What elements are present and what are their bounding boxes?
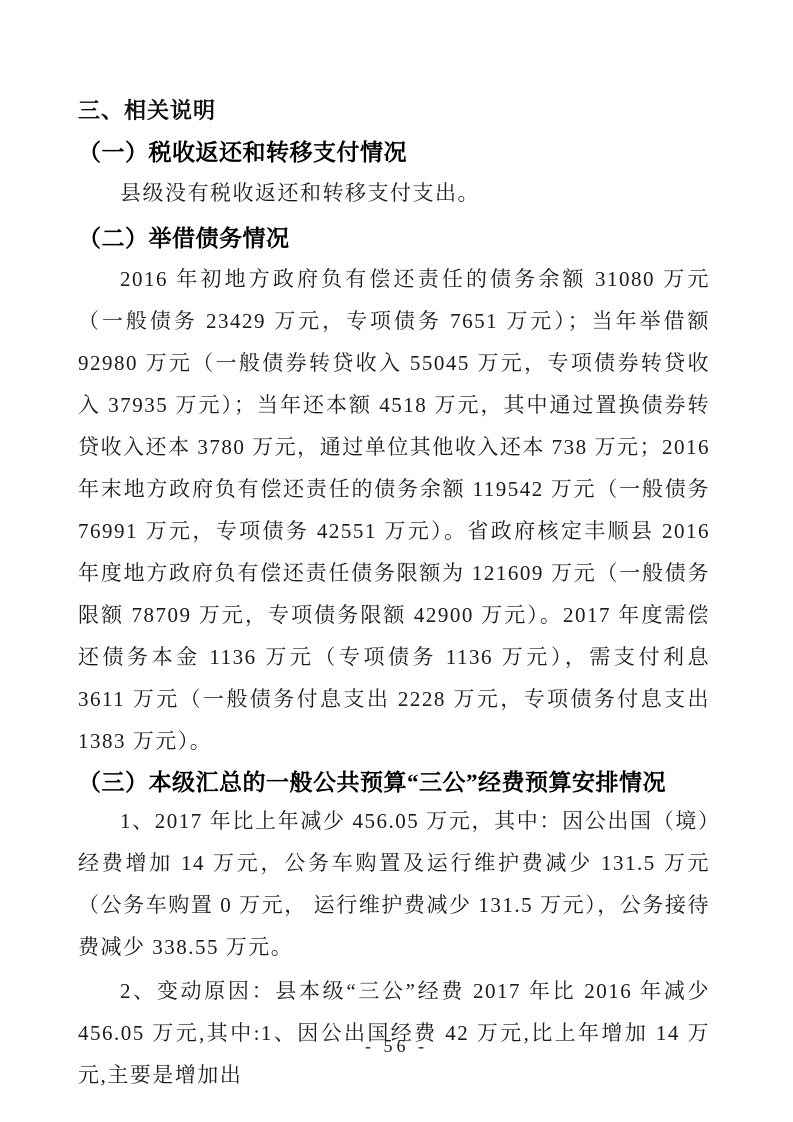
subsection-heading-tax-rebate: （一）税收返还和转移支付情况 xyxy=(78,136,710,170)
paragraph-sangong-change: 1、2017 年比上年减少 456.05 万元，其中：因公出国（境）经费增加 1… xyxy=(78,800,710,968)
subsection-heading-debt: （二）举借债务情况 xyxy=(78,222,710,256)
page-number: - 56 - xyxy=(0,1036,793,1057)
subsection-heading-sangong-budget: （三）本级汇总的一般公共预算“三公”经费预算安排情况 xyxy=(78,766,710,800)
paragraph-sangong-reason: 2、变动原因：县本级“三公”经费 2017 年比 2016 年减少 456.05… xyxy=(78,970,710,1096)
paragraph-debt-details: 2016 年初地方政府负有偿还责任的债务余额 31080 万元（一般债务 234… xyxy=(78,258,710,762)
document-page: 三、相关说明 （一）税收返还和转移支付情况 县级没有税收返还和转移支付支出。 （… xyxy=(0,0,793,1122)
section-heading: 三、相关说明 xyxy=(78,96,710,126)
paragraph-tax-rebate: 县级没有税收返还和转移支付支出。 xyxy=(78,172,710,214)
